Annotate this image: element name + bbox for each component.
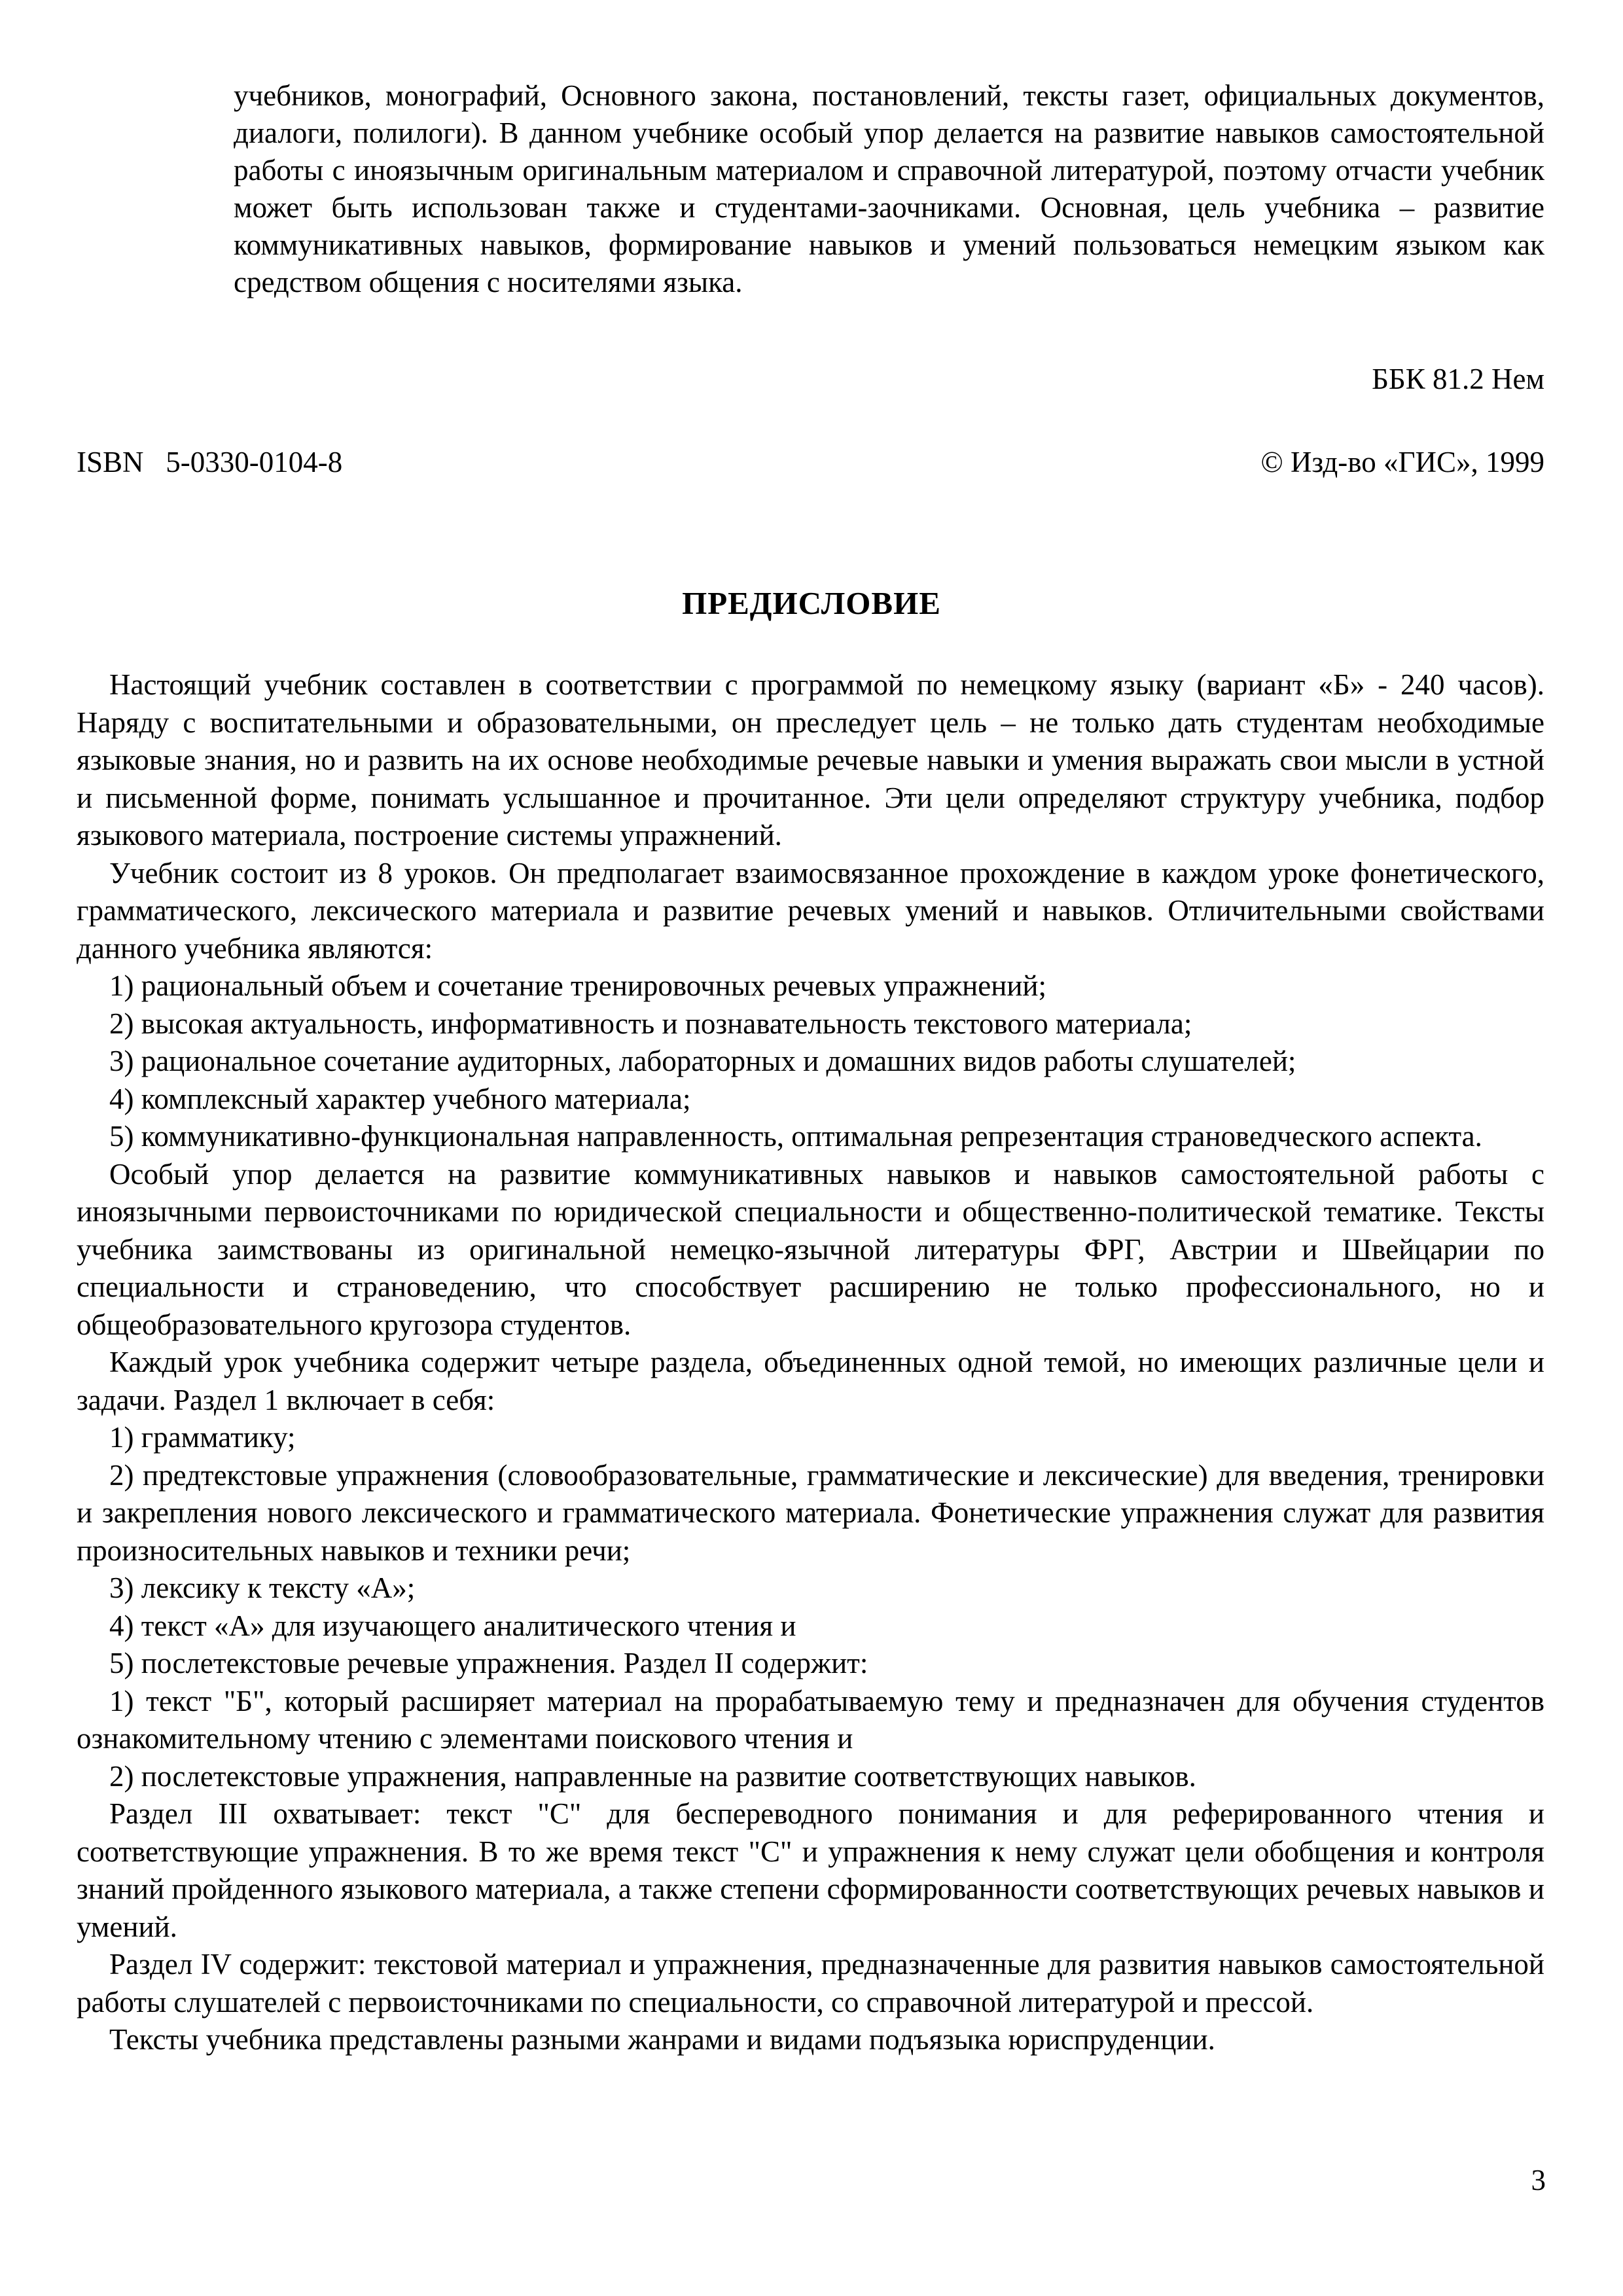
list-item: 2) послетекстовые упражнения, направленн… [77, 1758, 1544, 1796]
body-paragraph: Настоящий учебник составлен в соответств… [77, 666, 1544, 855]
list-item: 1) рациональный объем и сочетание тренир… [77, 967, 1544, 1005]
list-item: 2) предтекстовые упражнения (словообразо… [77, 1457, 1544, 1570]
preface-body: Настоящий учебник составлен в соответств… [77, 666, 1544, 2059]
list-item: 5) коммуникативно-функциональная направл… [77, 1118, 1544, 1156]
publication-row: ISBN 5-0330-0104-8 © Изд-во «ГИС», 1999 [77, 444, 1544, 481]
list-item: 1) текст "Б", который расширяет материал… [77, 1683, 1544, 1758]
body-paragraph: Раздел III охватывает: текст "С" для бес… [77, 1795, 1544, 1946]
body-paragraph: Каждый урок учебника содержит четыре раз… [77, 1344, 1544, 1419]
list-item: 4) комплексный характер учебного материа… [77, 1081, 1544, 1119]
body-paragraph: Раздел IV содержит: текстовой материал и… [77, 1946, 1544, 2021]
list-item: 5) послетекстовые речевые упражнения. Ра… [77, 1645, 1544, 1683]
list-item: 3) лексику к тексту «А»; [77, 1570, 1544, 1607]
copyright-notice: © Изд-во «ГИС», 1999 [1261, 444, 1545, 481]
list-item: 4) текст «А» для изучающего аналитическо… [77, 1607, 1544, 1645]
annotation-paragraph: учебников, монографий, Основного закона,… [234, 77, 1544, 301]
list-item: 1) грамматику; [77, 1419, 1544, 1457]
list-item: 2) высокая актуальность, информативность… [77, 1005, 1544, 1043]
page-number: 3 [1531, 2162, 1546, 2199]
body-paragraph: Учебник состоит из 8 уроков. Он предпола… [77, 855, 1544, 968]
isbn-number: ISBN 5-0330-0104-8 [77, 444, 342, 481]
body-paragraph: Особый упор делается на развитие коммуни… [77, 1156, 1544, 1344]
bbk-code: ББК 81.2 Нем [1372, 361, 1544, 398]
list-item: 3) рациональное сочетание аудиторных, ла… [77, 1043, 1544, 1081]
body-paragraph: Тексты учебника представлены разными жан… [77, 2021, 1544, 2059]
section-title: ПРЕДИСЛОВИЕ [0, 584, 1623, 623]
document-page: учебников, монографий, Основного закона,… [0, 0, 1623, 2296]
